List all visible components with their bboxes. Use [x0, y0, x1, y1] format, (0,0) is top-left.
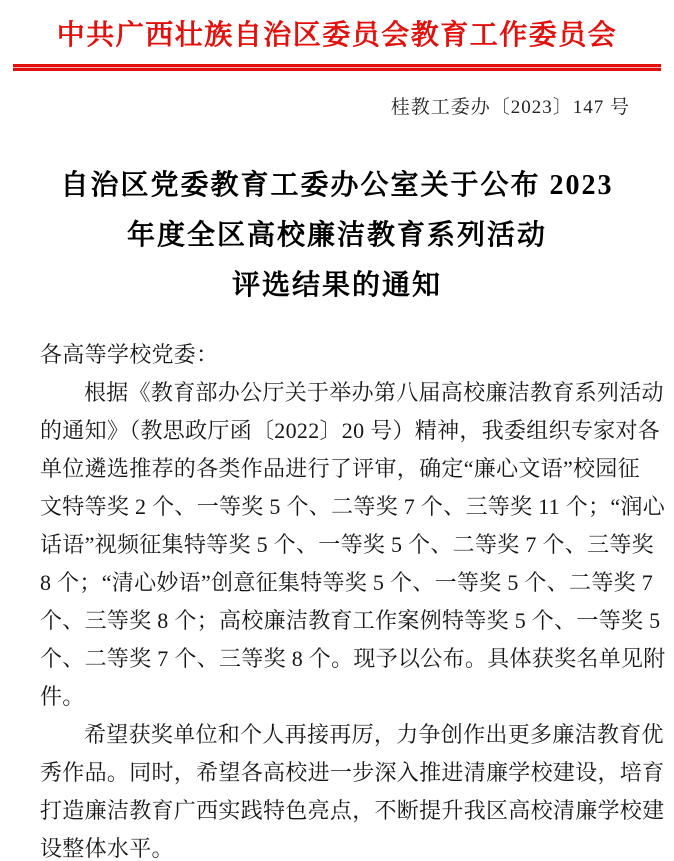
body-line: 单位遴选推荐的各类作品进行了评审，确定“廉心文语”校园征: [40, 450, 638, 488]
body-line: 8 个；“清心妙语”创意征集特等奖 5 个、一等奖 5 个、二等奖 7: [40, 564, 638, 602]
body-line: 个、二等奖 7 个、三等奖 8 个。现予以公布。具体获奖名单见附: [40, 640, 638, 678]
body-line: 的通知》（教思政厅函〔2022〕20 号）精神，我委组织专家对各: [40, 412, 638, 450]
body-line: 秀作品。同时，希望各高校进一步深入推进清廉学校建设，培育: [40, 754, 638, 792]
notice-title-line-1: 自治区党委教育工委办公室关于公布 2023: [0, 161, 674, 211]
body-line: 件。: [40, 678, 638, 716]
issuer-header: 中共广西壮族自治区委员会教育工作委员会: [0, 0, 674, 53]
body-line: 个、三等奖 8 个；高校廉洁教育工作案例特等奖 5 个、一等奖 5: [40, 602, 638, 640]
body-line: 打造廉洁教育广西实践特色亮点，不断提升我区高校清廉学校建: [40, 792, 638, 830]
document-number: 桂教工委办〔2023〕147 号: [0, 92, 674, 119]
body-line: 设整体水平。: [40, 830, 638, 861]
official-notice-page: 中共广西壮族自治区委员会教育工作委员会 桂教工委办〔2023〕147 号 自治区…: [0, 0, 674, 861]
notice-title-line-3: 评选结果的通知: [0, 261, 674, 311]
notice-body: 各高等学校党委： 根据《教育部办公厅关于举办第八届高校廉洁教育系列活动 的通知》…: [40, 336, 638, 861]
body-line: 希望获奖单位和个人再接再厉，力争创作出更多廉洁教育优: [40, 716, 638, 754]
body-line: 话语”视频征集特等奖 5 个、一等奖 5 个、二等奖 7 个、三等奖: [40, 526, 638, 564]
notice-title-line-2: 年度全区高校廉洁教育系列活动: [0, 211, 674, 261]
body-line: 文特等奖 2 个、一等奖 5 个、二等奖 7 个、三等奖 11 个；“润心: [40, 488, 638, 526]
salutation: 各高等学校党委：: [40, 336, 638, 374]
red-header-divider: [13, 64, 661, 71]
body-line: 根据《教育部办公厅关于举办第八届高校廉洁教育系列活动: [40, 374, 638, 412]
notice-title: 自治区党委教育工委办公室关于公布 2023 年度全区高校廉洁教育系列活动 评选结…: [0, 161, 674, 311]
